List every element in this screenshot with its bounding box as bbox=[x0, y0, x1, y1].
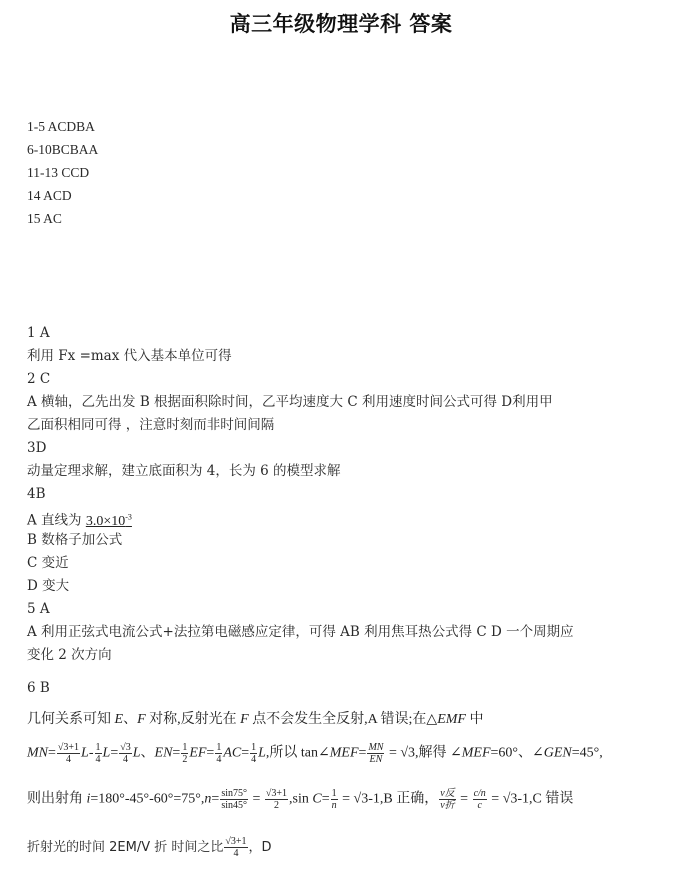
var: F bbox=[240, 712, 249, 727]
text: =180°-45°-60°=75°, bbox=[90, 792, 204, 807]
text: 、 bbox=[141, 746, 155, 761]
explanation-line: 动量定理求解，建立底面积为 4，长为 6 的模型求解 bbox=[27, 462, 341, 480]
text: ,sin bbox=[289, 792, 312, 807]
fraction: 14 bbox=[95, 742, 102, 765]
formula-line: 则出射角 i=180°-45°-60°=75°,n=sin75°sin45° =… bbox=[27, 788, 573, 811]
var: AC bbox=[223, 746, 241, 761]
explanation-line: D 变大 bbox=[27, 577, 69, 595]
answer-key-line: 11-13 CCD bbox=[27, 164, 89, 182]
text: =45°, bbox=[572, 746, 603, 761]
text: ,所以 tan∠ bbox=[266, 746, 330, 761]
op: = bbox=[249, 792, 264, 807]
op: = bbox=[206, 746, 214, 761]
var: MEF bbox=[330, 746, 359, 761]
fraction: c/nc bbox=[473, 788, 487, 811]
fraction: v反v折 bbox=[439, 788, 455, 811]
op: = bbox=[359, 746, 367, 761]
slope-value: 3.0×10-3 bbox=[86, 514, 132, 529]
question-header: 5 A bbox=[27, 600, 50, 618]
var: EN bbox=[155, 746, 173, 761]
explanation-line: A 横轴，乙先出发 B 根据面积除时间，乙平均速度大 C 利用速度时间公式可得 … bbox=[27, 393, 553, 411]
fraction: MNEN bbox=[367, 742, 384, 765]
var: EF bbox=[189, 746, 206, 761]
explanation-line: A 直线为 3.0×10-3 bbox=[27, 508, 132, 531]
answer-key-line: 15 AC bbox=[27, 210, 62, 228]
var: C bbox=[312, 792, 321, 807]
fraction: √3+12 bbox=[265, 788, 288, 811]
answer-key-line: 6-10BCBAA bbox=[27, 141, 98, 159]
question-header: 4B bbox=[27, 485, 46, 503]
explanation-line: 利用 Fx =max 代入基本单位可得 bbox=[27, 347, 232, 365]
question-header: 6 B bbox=[27, 679, 50, 697]
text: =60°、∠ bbox=[491, 746, 544, 761]
op: = bbox=[457, 792, 472, 807]
fraction: 14 bbox=[215, 742, 222, 765]
var: MN bbox=[27, 746, 48, 761]
text: = √3-1,C 错误 bbox=[488, 792, 574, 807]
explanation-line: 几何关系可知 E、F 对称,反射光在 F 点不会发生全反射,A 错误;在△EMF… bbox=[27, 711, 483, 729]
explanation-line: 变化 2 次方向 bbox=[27, 646, 112, 664]
text: 对称,反射光在 bbox=[146, 712, 241, 727]
op: = bbox=[211, 792, 219, 807]
text: 折射光的时间 2EM/V 折 时间之比 bbox=[27, 840, 223, 855]
text: 则出射角 bbox=[27, 792, 87, 807]
fraction: 1n bbox=[331, 788, 338, 811]
var: L bbox=[133, 746, 141, 761]
slope-exponent: -3 bbox=[125, 512, 132, 521]
explanation-line: A 利用正弦式电流公式+法拉第电磁感应定律，可得 AB 利用焦耳热公式得 C D… bbox=[27, 623, 574, 641]
text: 几何关系可知 bbox=[27, 712, 115, 727]
var: MEF bbox=[462, 746, 491, 761]
text: ，D bbox=[249, 840, 272, 855]
text: = √3-1,B 正确， bbox=[339, 792, 439, 807]
text: = √3,解得 ∠ bbox=[385, 746, 461, 761]
op: = bbox=[172, 746, 180, 761]
answer-key-line: 14 ACD bbox=[27, 187, 72, 205]
explanation-line: B 数格子加公式 bbox=[27, 531, 122, 549]
fraction: √34 bbox=[119, 742, 132, 765]
var: E bbox=[115, 712, 124, 727]
op: = bbox=[322, 792, 330, 807]
var: GEN bbox=[544, 746, 572, 761]
text: 中 bbox=[466, 712, 484, 727]
explanation-line: C 变近 bbox=[27, 554, 69, 572]
op: = bbox=[241, 746, 249, 761]
text: 点不会发生全反射,A 错误;在△ bbox=[249, 712, 438, 727]
fraction: √3+14 bbox=[224, 836, 247, 859]
explanation-line: 乙面积相同可得 ，注意时刻而非时间间隔 bbox=[27, 416, 274, 434]
fraction: √3+14 bbox=[57, 742, 80, 765]
var: EMF bbox=[437, 712, 466, 727]
var: L bbox=[258, 746, 266, 761]
question-header: 1 A bbox=[27, 324, 50, 342]
op: - bbox=[89, 746, 94, 761]
page-title: 高三年级物理学科 答案 bbox=[0, 8, 682, 38]
option-a-text: A 直线为 bbox=[27, 513, 86, 529]
fraction: sin75°sin45° bbox=[220, 788, 248, 811]
fraction: 12 bbox=[181, 742, 188, 765]
question-header: 2 C bbox=[27, 370, 50, 388]
op: = bbox=[110, 746, 118, 761]
var: F bbox=[137, 712, 146, 727]
text: 、 bbox=[123, 712, 137, 727]
formula-line: MN=√3+14L-14L=√34L、EN=12EF=14AC=14L,所以 t… bbox=[27, 742, 603, 765]
question-header: 3D bbox=[27, 439, 46, 457]
explanation-line: 折射光的时间 2EM/V 折 时间之比√3+14，D bbox=[27, 836, 272, 859]
fraction: 14 bbox=[250, 742, 257, 765]
slope-mantissa: 3.0×10 bbox=[86, 514, 125, 529]
answer-key-line: 1-5 ACDBA bbox=[27, 118, 95, 136]
var: L bbox=[81, 746, 89, 761]
op: = bbox=[48, 746, 56, 761]
